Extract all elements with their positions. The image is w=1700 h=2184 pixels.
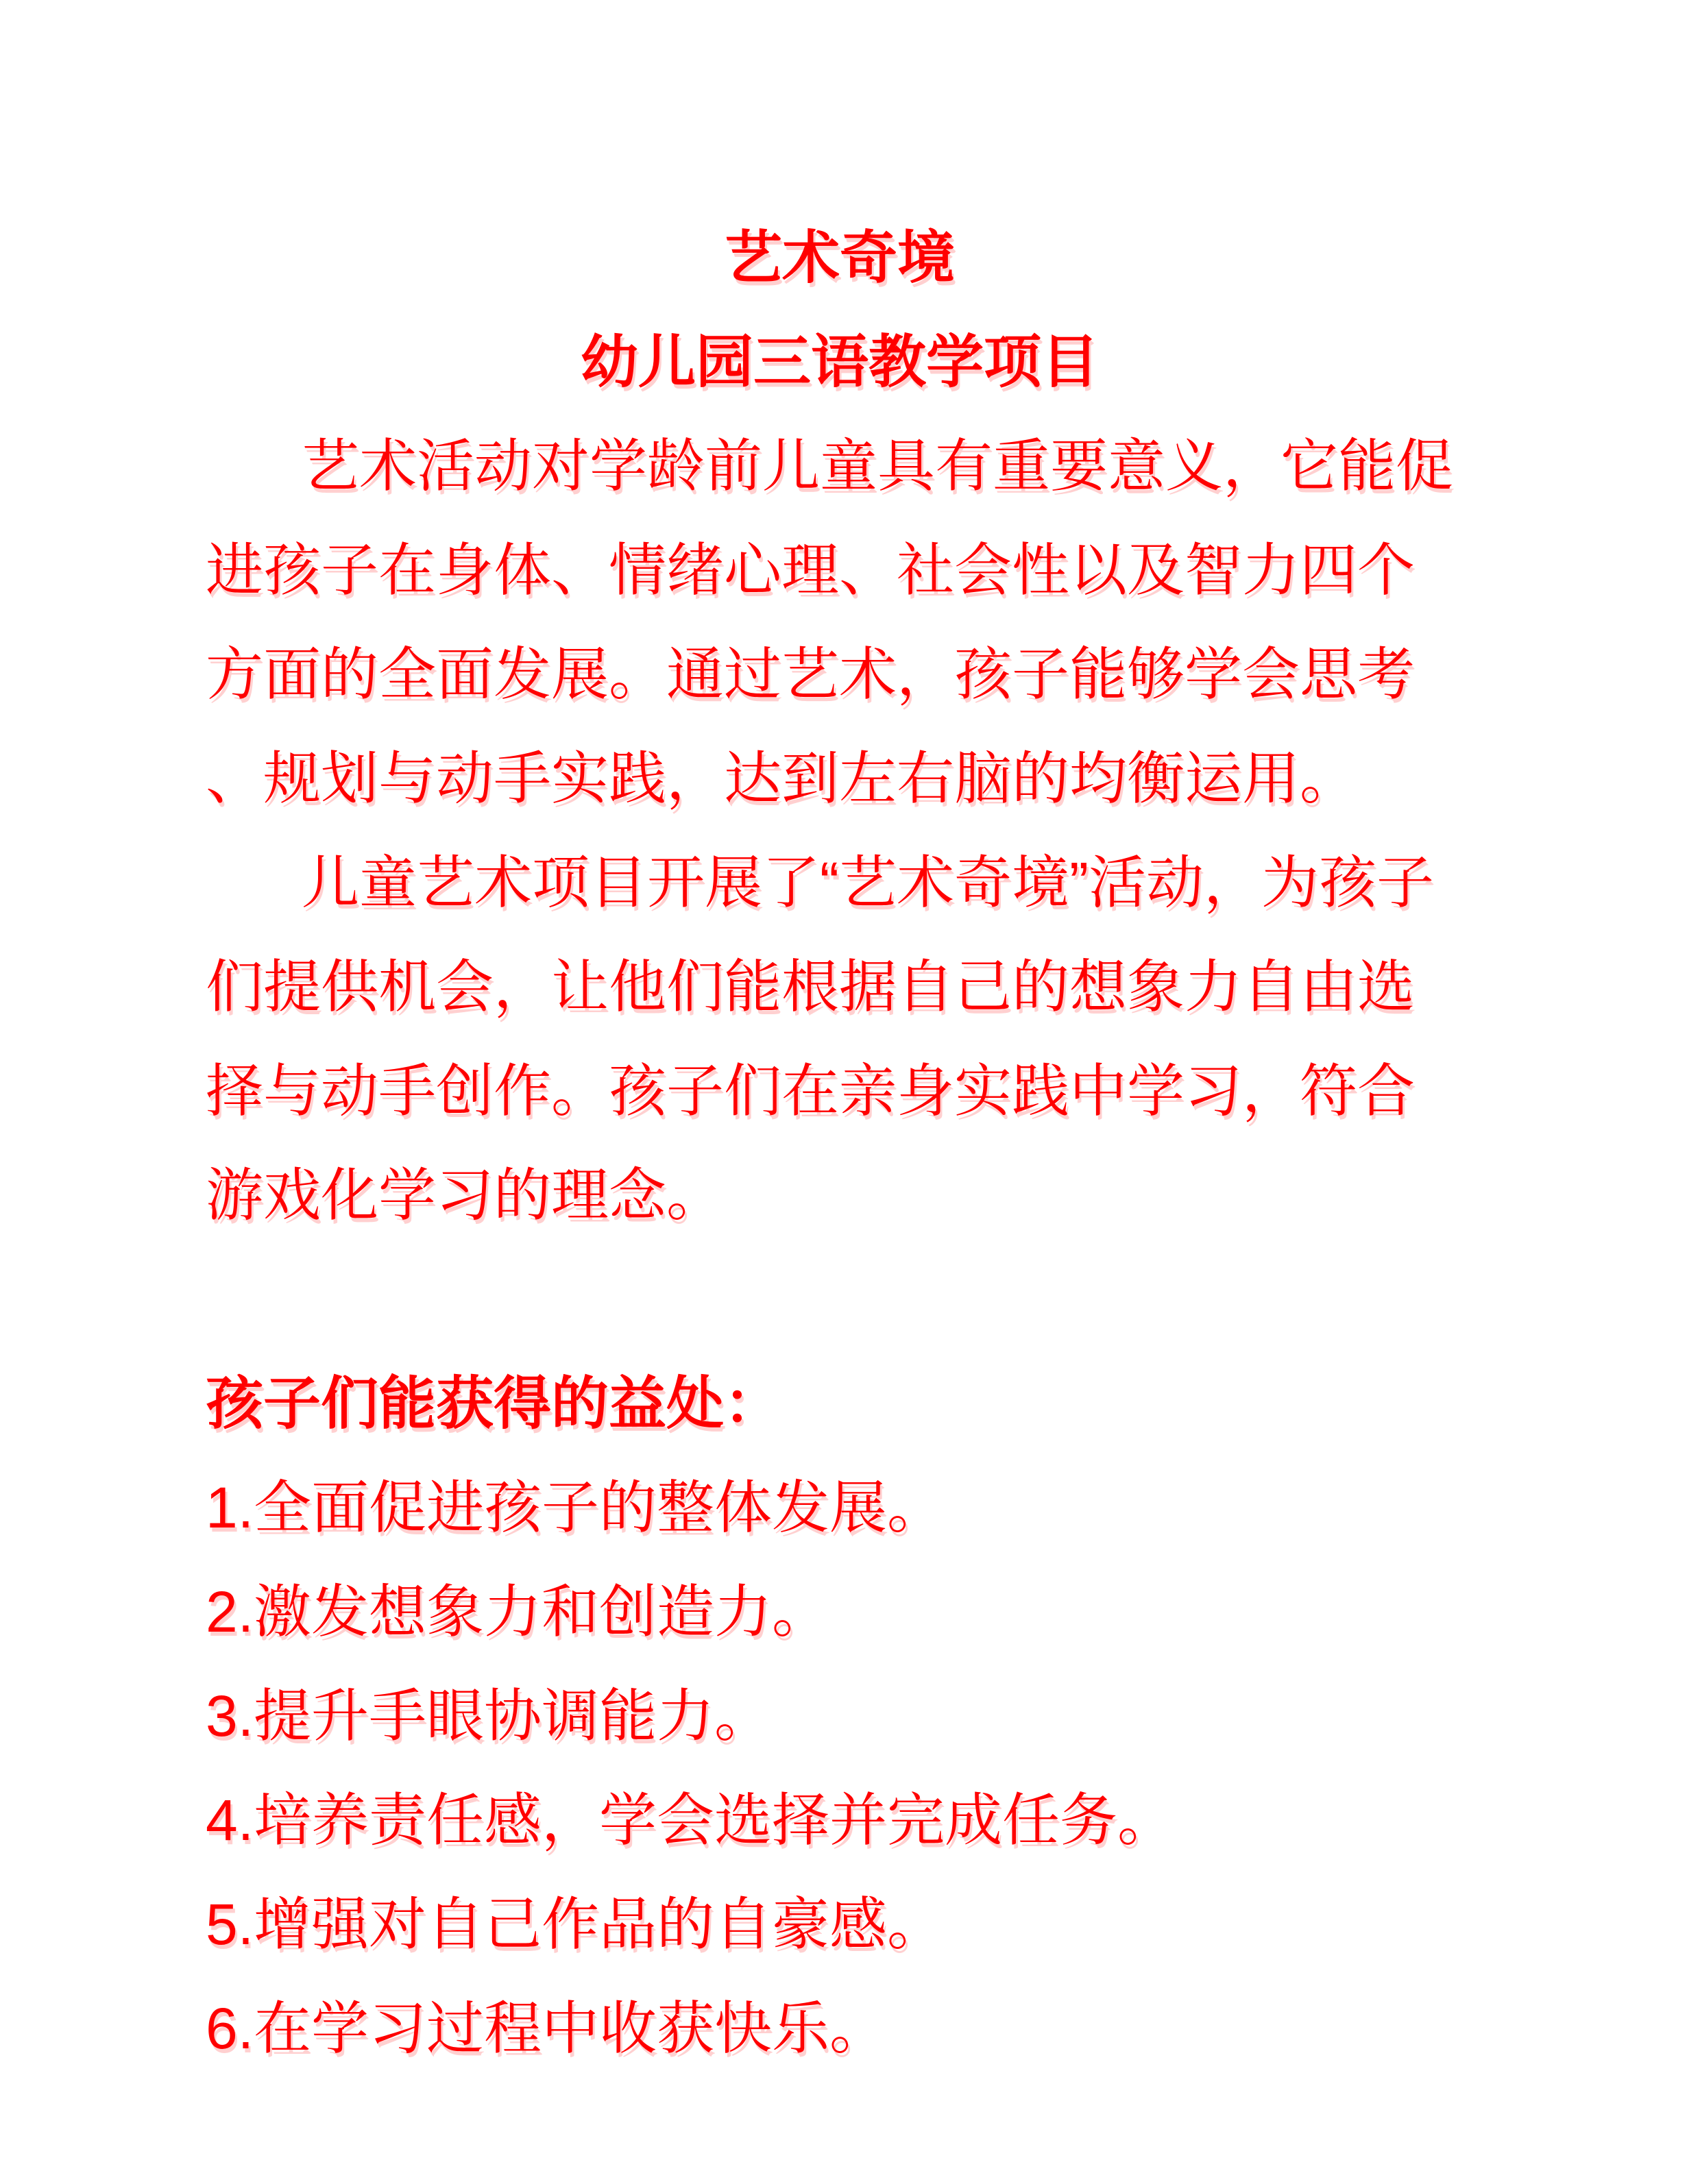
document-content: 艺术奇境 幼儿园三语教学项目 艺术活动对学龄前儿童具有重要意义，它能促 进孩子在… <box>0 0 1700 2081</box>
paragraph-line: 们提供机会，让他们能根据自己的想象力自由选 <box>206 935 1474 1039</box>
paragraph-line: 游戏化学习的理念。 <box>206 1143 1474 1247</box>
list-item: 1.全面促进孩子的整体发展。 <box>206 1456 1474 1560</box>
document-page: 艺术奇境 幼儿园三语教学项目 艺术活动对学龄前儿童具有重要意义，它能促 进孩子在… <box>0 0 1700 2184</box>
list-item: 3.提升手眼协调能力。 <box>206 1664 1474 1768</box>
list-item: 4.培养责任感，学会选择并完成任务。 <box>206 1768 1474 1872</box>
list-item: 2.激发想象力和创造力。 <box>206 1560 1474 1664</box>
document-subtitle: 幼儿园三语教学项目 <box>206 310 1474 414</box>
paragraph-2: 儿童艺术项目开展了“艺术奇境”活动，为孩子 们提供机会，让他们能根据自己的想象力… <box>206 831 1474 1247</box>
paragraph-line: 艺术活动对学龄前儿童具有重要意义，它能促 <box>206 414 1474 518</box>
paragraph-1: 艺术活动对学龄前儿童具有重要意义，它能促 进孩子在身体、情绪心理、社会性以及智力… <box>206 414 1474 831</box>
benefits-heading: 孩子们能获得的益处： <box>206 1351 1474 1456</box>
paragraph-line: 儿童艺术项目开展了“艺术奇境”活动，为孩子 <box>206 831 1474 935</box>
list-item: 6.在学习过程中收获快乐。 <box>206 1976 1474 2081</box>
paragraph-line: 方面的全面发展。通过艺术，孩子能够学会思考 <box>206 622 1474 726</box>
paragraph-line: 、规划与动手实践，达到左右脑的均衡运用。 <box>206 726 1474 831</box>
document-title: 艺术奇境 <box>206 206 1474 310</box>
blank-line <box>206 1247 1474 1351</box>
list-item: 5.增强对自己作品的自豪感。 <box>206 1872 1474 1976</box>
benefits-list: 1.全面促进孩子的整体发展。 2.激发想象力和创造力。 3.提升手眼协调能力。 … <box>206 1456 1474 2081</box>
paragraph-line: 进孩子在身体、情绪心理、社会性以及智力四个 <box>206 518 1474 622</box>
paragraph-line: 择与动手创作。孩子们在亲身实践中学习，符合 <box>206 1039 1474 1143</box>
